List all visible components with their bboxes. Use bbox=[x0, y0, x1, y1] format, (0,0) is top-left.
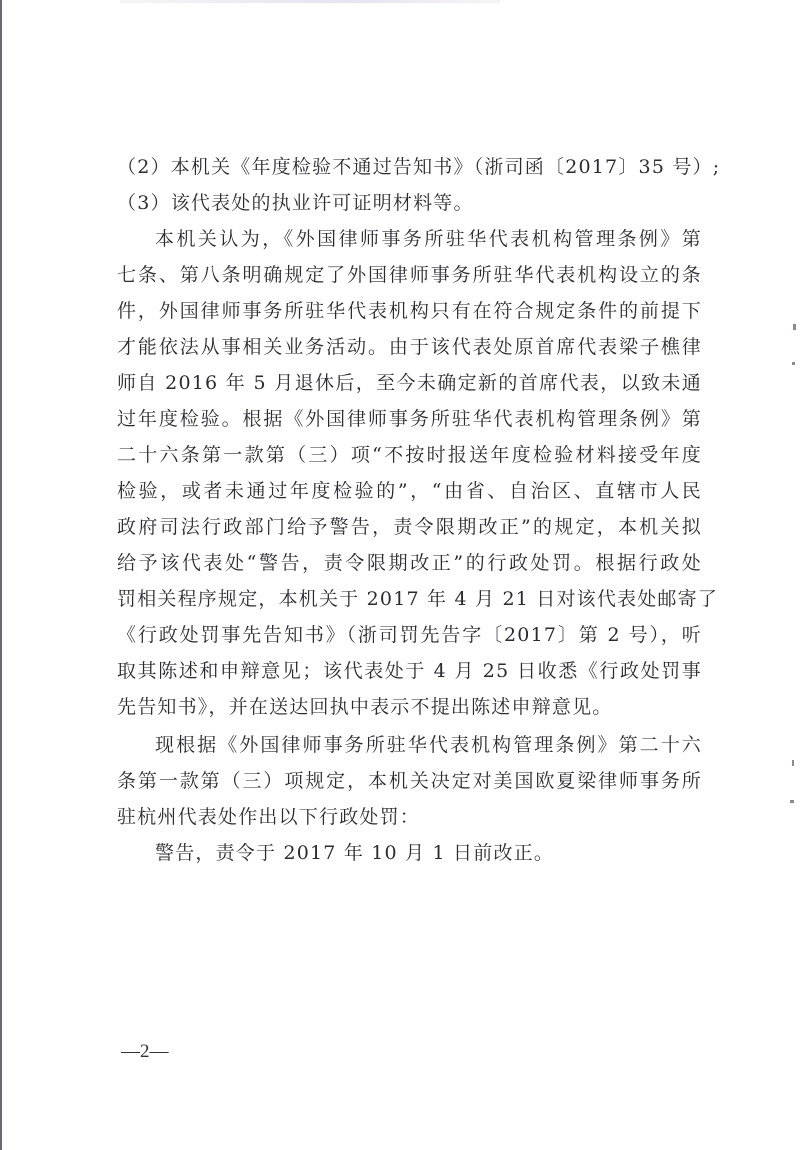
paragraph-line: 检验，或者未通过年度检验的”，“由省、自治区、直辖市人民 bbox=[117, 473, 702, 509]
paragraph-line: 条第一款第（三）项规定，本机关决定对美国欧夏梁律师事务所 bbox=[117, 763, 702, 799]
page-number: —2— bbox=[121, 1041, 169, 1063]
paragraph-line: 件，外国律师事务所驻华代表机构只有在符合规定条件的前提下 bbox=[117, 293, 702, 329]
paragraph-line: 师自 2016 年 5 月退休后，至今未确定新的首席代表，以致未通 bbox=[117, 365, 702, 401]
paragraph-line: 驻杭州代表处作出以下行政处罚： bbox=[117, 799, 702, 835]
scan-speck bbox=[793, 324, 796, 330]
paragraph-line: 罚相关程序规定，本机关于 2017 年 4 月 21 日对该代表处邮寄了 bbox=[117, 581, 702, 617]
scan-top-bleed bbox=[120, 0, 500, 3]
paragraph-line: 《行政处罚事先告知书》（浙司罚先告字〔2017〕第 2 号），听 bbox=[117, 617, 702, 653]
paragraph-line: 现根据《外国律师事务所驻华代表机构管理条例》第二十六 bbox=[117, 727, 702, 763]
paragraph-reasoning: 本机关认为，《外国律师事务所驻华代表机构管理条例》第 七条、第八条明确规定了外国… bbox=[117, 221, 702, 725]
paragraph-line: 取其陈述和申辩意见；该代表处于 4 月 25 日收悉《行政处罚事 bbox=[117, 653, 702, 689]
paragraph-line: 本机关认为，《外国律师事务所驻华代表机构管理条例》第 bbox=[117, 221, 702, 257]
paragraph-line: 才能依法从事相关业务活动。由于该代表处原首席代表梁子樵律 bbox=[117, 329, 702, 365]
scan-left-edge bbox=[0, 0, 2, 1150]
scan-speck bbox=[792, 362, 795, 365]
paragraph-line: 政府司法行政部门给予警告，责令限期改正”的规定，本机关拟 bbox=[117, 509, 702, 545]
paragraph-line: 先告知书》，并在送达回执中表示不提出陈述申辩意见。 bbox=[117, 689, 702, 725]
scan-speck bbox=[790, 800, 794, 803]
list-item-2: （2）本机关《年度检验不通过告知书》（浙司函〔2017〕35 号）; bbox=[117, 149, 702, 185]
paragraph-line: 二十六条第一款第（三）项“不按时报送年度检验材料接受年度 bbox=[117, 437, 702, 473]
paragraph-line: 过年度检验。根据《外国律师事务所驻华代表机构管理条例》第 bbox=[117, 401, 702, 437]
paragraph-line: 给予该代表处“警告，责令限期改正”的行政处罚。根据行政处 bbox=[117, 545, 702, 581]
document-page-body: （2）本机关《年度检验不通过告知书》（浙司函〔2017〕35 号）; （3）该代… bbox=[117, 149, 702, 871]
paragraph-line: 七条、第八条明确规定了外国律师事务所驻华代表机构设立的条 bbox=[117, 257, 702, 293]
list-item-3: （3）该代表处的执业许可证明材料等。 bbox=[117, 185, 702, 221]
paragraph-decision: 现根据《外国律师事务所驻华代表机构管理条例》第二十六 条第一款第（三）项规定，本… bbox=[117, 727, 702, 835]
paragraph-penalty: 警告，责令于 2017 年 10 月 1 日前改正。 bbox=[117, 835, 702, 871]
paragraph-line: 警告，责令于 2017 年 10 月 1 日前改正。 bbox=[117, 835, 702, 871]
scan-speck bbox=[792, 760, 794, 766]
